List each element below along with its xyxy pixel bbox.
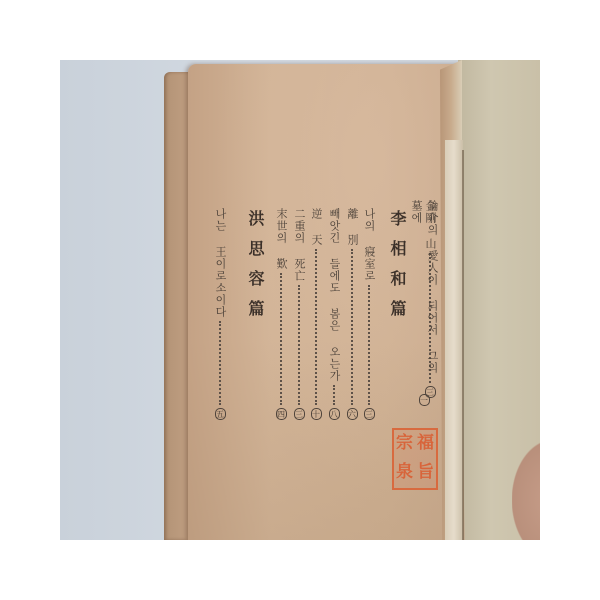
seal-char: 宗	[394, 430, 415, 459]
red-seal-stamp: 宗 福 泉 旨	[392, 428, 438, 490]
toc-entry: 末世의 歎 四	[273, 208, 289, 420]
entry-title: 離 別	[344, 208, 360, 246]
seal-char: 泉	[394, 459, 415, 488]
entry-title: 論介의 愛人이 되어서 그의 墓에	[408, 200, 440, 388]
section-title: 洪思容篇	[244, 210, 267, 330]
page-number: 四	[276, 408, 287, 420]
book-gutter	[445, 140, 463, 540]
gutter-shadow	[462, 150, 464, 540]
entry-title: 二重의 死亡	[291, 208, 307, 282]
page-number: 三	[294, 408, 305, 420]
leader-dots	[219, 321, 221, 405]
leader-dots	[351, 249, 353, 405]
leader-dots	[315, 249, 317, 405]
book-photo: 金剛 山 三 論介의 愛人이 되어서 그의 墓에 一 李相和篇 나의 寢室로 三…	[60, 60, 540, 540]
toc-entry: 나는 王이로소이다 五	[212, 208, 228, 420]
toc-entry: 나의 寢室로 三	[361, 208, 377, 420]
page-number: 一	[419, 394, 430, 406]
page-number: 十	[311, 408, 322, 420]
page-number: 五	[215, 408, 226, 420]
entry-title: 나의 寢室로	[361, 208, 377, 282]
seal-char: 旨	[415, 459, 436, 488]
page-number: 八	[329, 408, 340, 420]
leader-dots	[280, 273, 282, 405]
toc-entry: 離 別 六	[344, 208, 360, 420]
leader-dots	[298, 285, 300, 405]
entry-title: 나는 王이로소이다	[212, 208, 228, 318]
finger	[512, 440, 540, 540]
leader-dots	[368, 285, 370, 405]
page-number: 六	[347, 408, 358, 420]
toc-entry: 빼앗긴 들에도 봄은 오는가 八	[326, 208, 342, 420]
entry-title: 빼앗긴 들에도 봄은 오는가	[326, 208, 342, 382]
page-number: 三	[364, 408, 375, 420]
entry-title: 逆 天	[308, 208, 324, 246]
toc-entry: 二重의 死亡 三	[291, 208, 307, 420]
toc-entry: 逆 天 十	[308, 208, 324, 420]
leader-dots	[333, 385, 335, 405]
seal-char: 福	[415, 430, 436, 459]
toc-entry: 論介의 愛人이 되어서 그의 墓에 一	[408, 200, 440, 406]
section-title: 李相和篇	[386, 210, 409, 330]
entry-title: 末世의 歎	[273, 208, 289, 270]
